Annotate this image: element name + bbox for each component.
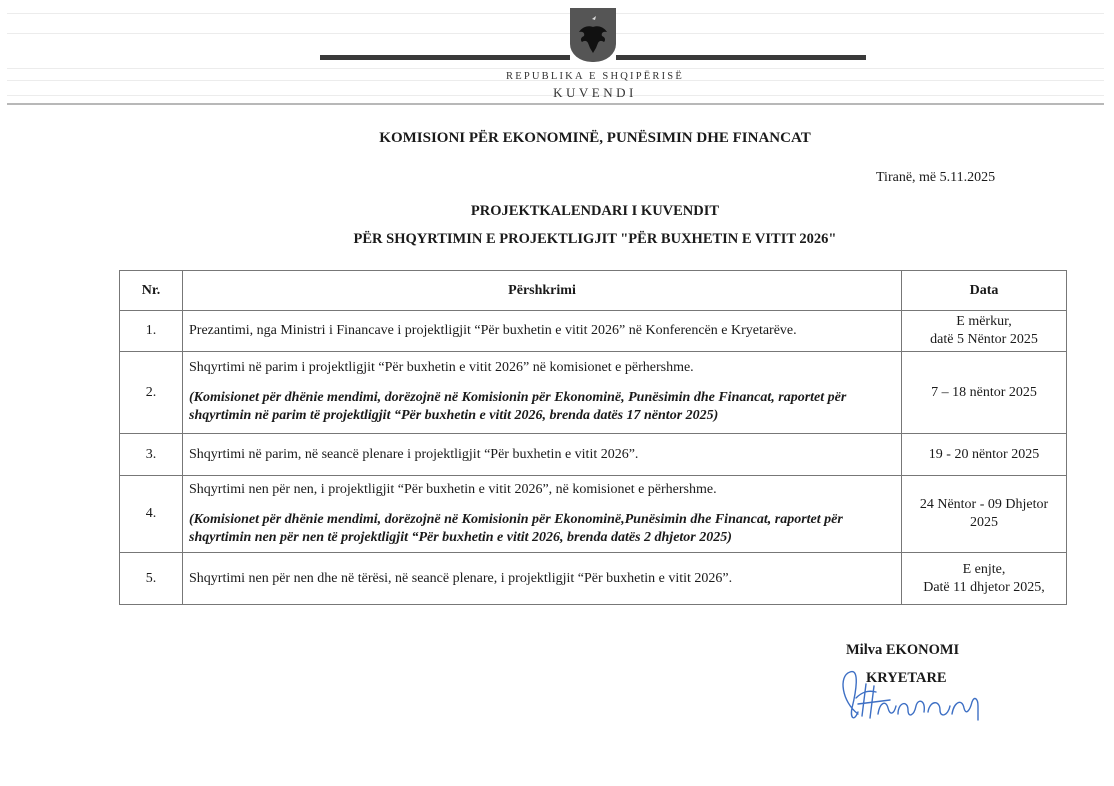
date-line: E enjte, [908, 561, 1060, 579]
description-note: (Komisionet për dhënie mendimi, dorëzojn… [189, 389, 895, 425]
scan-line [7, 68, 1104, 69]
description-text: Shqyrtimi nen për nen, i projektligjit “… [189, 482, 895, 498]
scan-line [7, 13, 1104, 14]
letterhead-bar-right [616, 55, 866, 60]
row-number: 4. [120, 476, 183, 553]
letterhead-bar-left [320, 55, 570, 60]
place-date: Tiranë, më 5.11.2025 [876, 170, 995, 186]
row-description: Shqyrtimi në parim i projektligjit “Për … [183, 352, 902, 434]
scan-line [7, 33, 1104, 34]
description-text: Prezantimi, nga Ministri i Financave i p… [189, 323, 895, 339]
signatory-name: Milva EKONOMI [846, 642, 959, 659]
row-date: E mërkur, datë 5 Nëntor 2025 [902, 311, 1067, 352]
table-row: 1. Prezantimi, nga Ministri i Financave … [120, 311, 1067, 352]
handwritten-signature-icon [828, 662, 1008, 734]
row-number: 3. [120, 434, 183, 476]
row-description: Shqyrtimi nen për nen, i projektligjit “… [183, 476, 902, 553]
date-line: 2025 [908, 514, 1060, 532]
date-line: 19 - 20 nëntor 2025 [908, 446, 1060, 464]
row-date: 7 – 18 nëntor 2025 [902, 352, 1067, 434]
document-title: PROJEKTKALENDARI I KUVENDIT [0, 203, 1114, 220]
description-note: (Komisionet për dhënie mendimi, dorëzojn… [189, 511, 895, 547]
table-header-row: Nr. Përshkrimi Data [120, 271, 1067, 311]
table-row: 4. Shqyrtimi nen për nen, i projektligji… [120, 476, 1067, 553]
republic-name: REPUBLIKA E SHQIPËRISË [0, 71, 1114, 82]
description-text: Shqyrtimi në parim i projektligjit “Për … [189, 360, 895, 376]
row-number: 1. [120, 311, 183, 352]
table-row: 3. Shqyrtimi në parim, në seancë plenare… [120, 434, 1067, 476]
header-divider [7, 103, 1104, 105]
date-line: datë 5 Nëntor 2025 [908, 331, 1060, 349]
row-number: 5. [120, 553, 183, 605]
date-line: Datë 11 dhjetor 2025, [908, 579, 1060, 597]
table-row: 2. Shqyrtimi në parim i projektligjit “P… [120, 352, 1067, 434]
date-line: 7 – 18 nëntor 2025 [908, 384, 1060, 402]
committee-name: KOMISIONI PËR EKONOMINË, PUNËSIMIN DHE F… [0, 130, 1114, 147]
row-date: 24 Nëntor - 09 Dhjetor 2025 [902, 476, 1067, 553]
row-date: E enjte, Datë 11 dhjetor 2025, [902, 553, 1067, 605]
albania-coat-of-arms-icon [570, 8, 616, 62]
row-description: Prezantimi, nga Ministri i Financave i p… [183, 311, 902, 352]
column-header-nr: Nr. [120, 271, 183, 311]
institution-name: KUVENDI [0, 85, 1114, 101]
row-date: 19 - 20 nëntor 2025 [902, 434, 1067, 476]
description-text: Shqyrtimi në parim, në seancë plenare i … [189, 447, 895, 463]
document-subtitle: PËR SHQYRTIMIN E PROJEKTLIGJIT "PËR BUXH… [0, 231, 1114, 248]
date-line: E mërkur, [908, 313, 1060, 331]
row-description: Shqyrtimi në parim, në seancë plenare i … [183, 434, 902, 476]
column-header-description: Përshkrimi [183, 271, 902, 311]
description-text: Shqyrtimi nen për nen dhe në tërësi, në … [189, 571, 895, 587]
column-header-date: Data [902, 271, 1067, 311]
table-row: 5. Shqyrtimi nen për nen dhe në tërësi, … [120, 553, 1067, 605]
calendar-table: Nr. Përshkrimi Data 1. Prezantimi, nga M… [119, 270, 1067, 605]
row-number: 2. [120, 352, 183, 434]
row-description: Shqyrtimi nen për nen dhe në tërësi, në … [183, 553, 902, 605]
double-headed-eagle-icon [576, 15, 610, 55]
date-line: 24 Nëntor - 09 Dhjetor [908, 496, 1060, 514]
